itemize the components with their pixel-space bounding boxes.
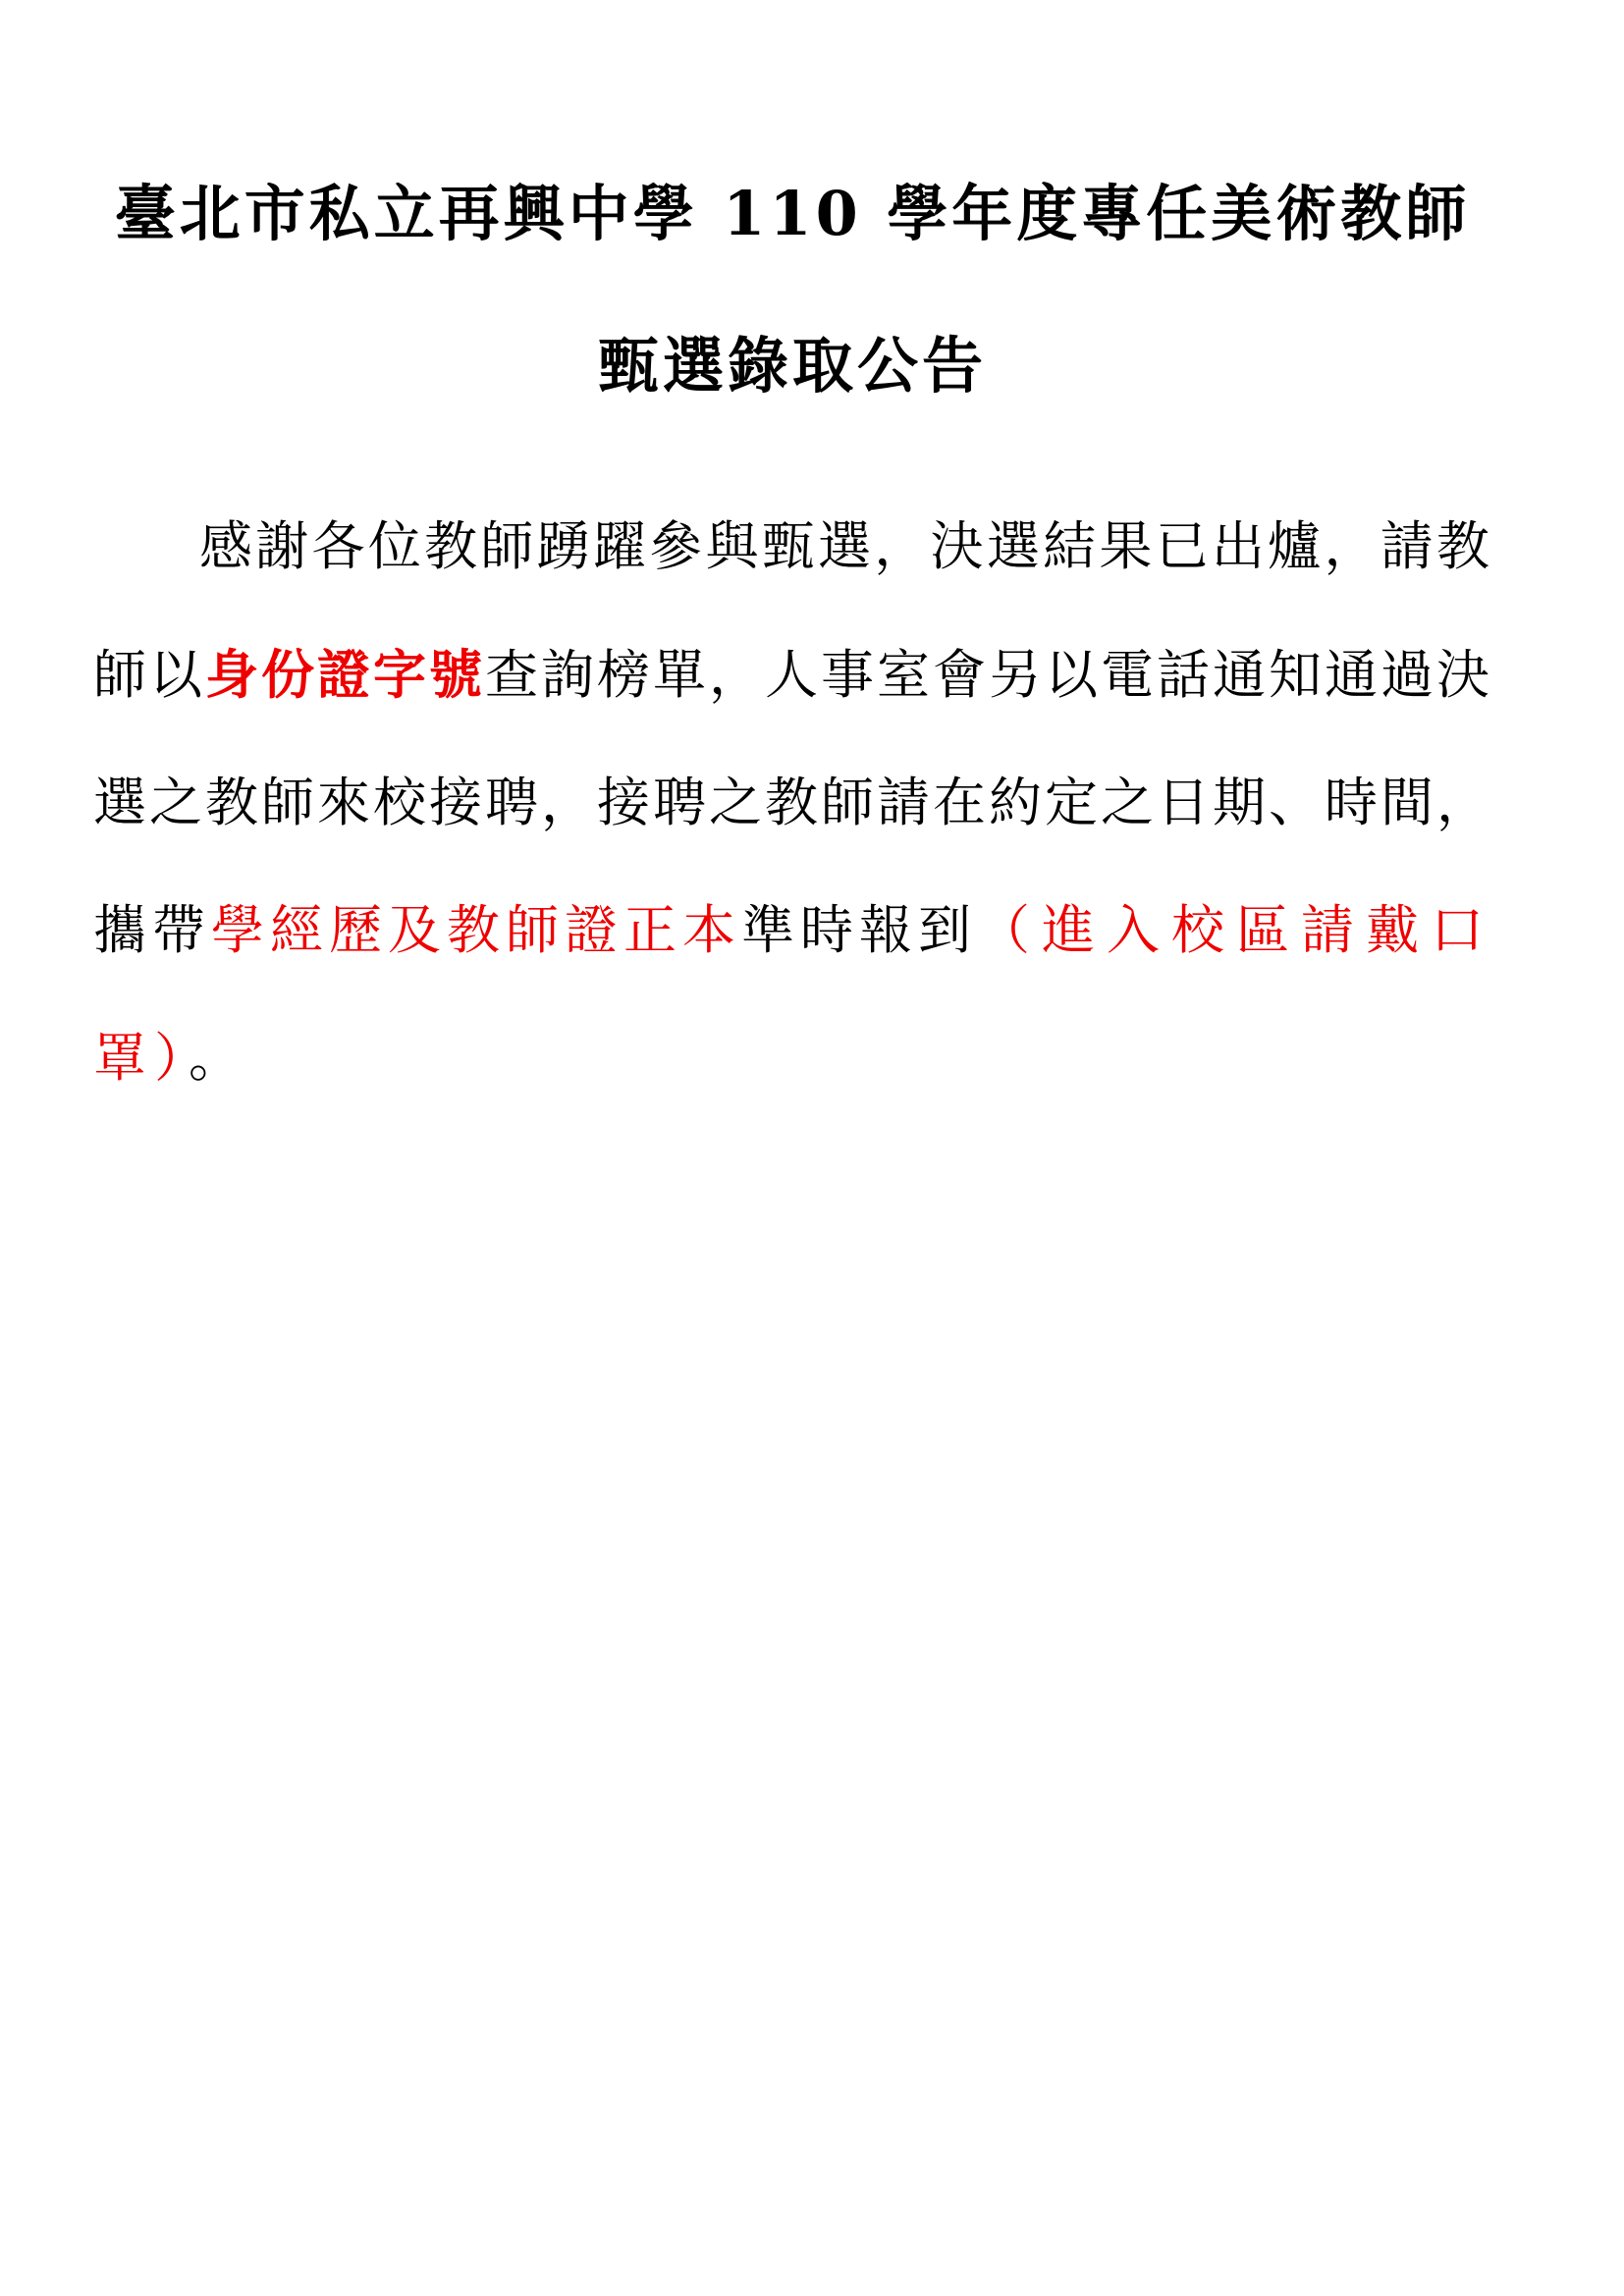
paragraph-segment: 準時報到: [741, 899, 977, 961]
title-line-1: 臺北市私立再興中學 110 學年度專任美術教師: [93, 137, 1491, 290]
announcement-paragraph: 感謝各位教師踴躍參與甄選，決選結果已出爐，請教師以身份證字號查詢榜單，人事室會另…: [93, 483, 1491, 1122]
paragraph-segment: 身份證字號: [205, 643, 485, 706]
paragraph-segment: 。: [189, 1027, 244, 1089]
title-line-2: 甄選錄取公告: [93, 290, 1491, 442]
announcement-title: 臺北市私立再興中學 110 學年度專任美術教師 甄選錄取公告: [93, 137, 1491, 442]
announcement-page: 臺北市私立再興中學 110 學年度專任美術教師 甄選錄取公告 感謝各位教師踴躍參…: [0, 0, 1624, 2296]
paragraph-segment: 學經歷及教師證正本: [211, 899, 741, 961]
